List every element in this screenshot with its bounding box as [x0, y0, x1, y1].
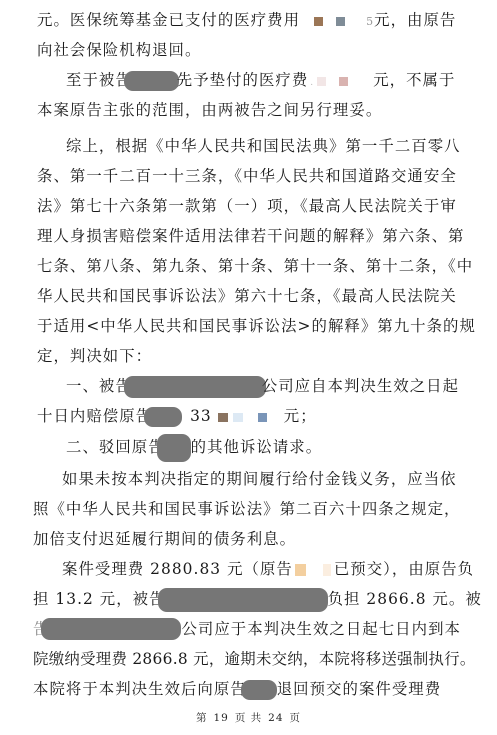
text-segment: 二、驳回原告	[66, 438, 165, 456]
text-segment: 十日内赔偿原告	[37, 407, 152, 425]
text-line: 条、第一千二百一十三条，《中华人民共和国道路交通安全	[37, 164, 453, 188]
text-segment: 担 13.2 元，被告	[33, 590, 166, 608]
text-segment: 本案原告主张的范围，由两被告之间另行理妥。	[37, 101, 382, 119]
text-segment: 条、第一千二百一十三条，《中华人民共和国道路交通安全	[37, 167, 457, 185]
text-line: 于适用<中华人民共和国民事诉讼法>的解释》第九十条的规	[37, 314, 453, 338]
text-segment: 院缴纳受理费 2866.8 元，逾期未交纳，本院将移送强制执行。	[33, 650, 476, 668]
footer-text: 第	[196, 712, 208, 724]
text-segment: 公司应自本判决生效之日起	[262, 377, 459, 395]
redaction-block	[144, 407, 182, 427]
text-line: 加倍支付迟延履行期间的债务利息。	[33, 527, 449, 551]
text-line: 理人身损害赔偿案件适用法律若干问题的解释》第六条、第	[37, 224, 453, 248]
text-segment: 退回预交的案件受理费	[277, 680, 441, 698]
text-segment: 向社会保险机构退回。	[37, 41, 201, 59]
redacted-digit	[317, 77, 326, 86]
text-line: 院缴纳受理费 2866.8 元，逾期未交纳，本院将移送强制执行。	[33, 647, 449, 671]
redaction-block	[41, 618, 181, 640]
text-segment: 元，不属于	[373, 71, 455, 89]
text-segment: 元；	[284, 407, 317, 425]
text-line: 本案原告主张的范围，由两被告之间另行理妥。	[37, 98, 453, 122]
text-segment: 至于被告	[66, 71, 132, 89]
text-segment: 综上，根据《中华人民共和国民法典》第一千二百零八	[66, 137, 461, 155]
text-segment: 的其他诉讼请求。	[191, 438, 323, 456]
text-line: 元。医保统筹基金已支付的医疗费用5元，由原告	[37, 8, 453, 32]
redacted-digit	[258, 413, 267, 422]
amount-fragment: .	[310, 78, 314, 88]
page-footer: 第19页 共24页	[0, 710, 497, 725]
text-segment: 本院将于本判决生效后向原告	[33, 680, 247, 698]
redacted-digit	[295, 564, 306, 576]
text-line: 法》第七十六条第一款第（一）项，《最高人民法院关于审	[37, 194, 453, 218]
redaction-block	[241, 680, 277, 700]
text-segment: 华人民共和国民事诉讼法》第六十七条，《最高人民法院关	[37, 287, 457, 305]
text-segment: 案件受理费 2880.83 元（原告	[62, 560, 293, 578]
redaction-block	[157, 434, 191, 462]
text-line: 华人民共和国民事诉讼法》第六十七条，《最高人民法院关	[37, 284, 453, 308]
text-segment: 公司应于本判决生效之日起七日内到本	[181, 620, 461, 638]
text-line: 定，判决如下：	[37, 344, 453, 368]
redacted-digit	[314, 17, 323, 26]
redaction-block	[124, 376, 266, 398]
text-segment: 定，判决如下：	[37, 347, 152, 365]
text-segment: 照《中华人民共和国民事诉讼法》第二百六十四条之规定，	[33, 500, 460, 518]
redacted-digit	[233, 413, 243, 422]
redaction-block	[158, 588, 328, 612]
text-segment: 一、被告	[66, 377, 132, 395]
amount-fragment: 33	[190, 407, 212, 425]
text-line: 十日内赔偿原告33元；	[37, 404, 453, 428]
amount-fragment: 5	[366, 15, 374, 28]
redacted-digit	[336, 17, 345, 26]
text-line: 如果未按本判决指定的期间履行给付金钱义务，应当依	[62, 467, 478, 491]
text-segment: 加倍支付迟延履行期间的债务利息。	[33, 530, 296, 548]
text-line: 至于被告先予垫付的医疗费.元，不属于	[66, 68, 482, 92]
document-page: 元。医保统筹基金已支付的医疗费用5元，由原告 向社会保险机构退回。 至于被告先予…	[0, 0, 497, 735]
judgment-item-2: 二、驳回原告的其他诉讼请求。	[66, 434, 482, 458]
text-segment: 元，由原告	[374, 11, 456, 29]
redacted-digit	[323, 564, 331, 576]
text-segment: 已预交），由原告负	[334, 560, 474, 578]
text-line: 告公司应于本判决生效之日起七日内到本	[33, 617, 449, 641]
text-line: 综上，根据《中华人民共和国民法典》第一千二百零八	[66, 134, 482, 158]
text-segment: 于适用<中华人民共和国民事诉讼法>的解释》第九十条的规	[37, 317, 476, 335]
page-number: 19	[213, 712, 228, 724]
text-segment: 负担 2866.8 元。被	[328, 590, 482, 608]
footer-text: 页 共	[235, 712, 262, 724]
text-segment: 法》第七十六条第一款第（一）项，《最高人民法院关于审	[37, 197, 457, 215]
text-line: 向社会保险机构退回。	[37, 38, 453, 62]
text-line: 案件受理费 2880.83 元（原告已预交），由原告负	[62, 557, 478, 581]
text-line: 本院将于本判决生效后向原告退回预交的案件受理费	[33, 677, 449, 701]
text-segment: 理人身损害赔偿案件适用法律若干问题的解释》第六条、第	[37, 227, 464, 245]
text-segment: 七条、第八条、第九条、第十条、第十一条、第十二条，《中	[37, 257, 473, 275]
text-line: 七条、第八条、第九条、第十条、第十一条、第十二条，《中	[37, 254, 453, 278]
page-total: 24	[268, 712, 283, 724]
footer-text: 页	[290, 712, 302, 724]
redaction-block	[124, 71, 179, 91]
redacted-digit	[218, 413, 228, 422]
text-segment: 元。医保统筹基金已支付的医疗费用	[37, 11, 300, 29]
text-line: 照《中华人民共和国民事诉讼法》第二百六十四条之规定，	[33, 497, 449, 521]
redacted-digit	[339, 77, 348, 86]
text-segment: 如果未按本判决指定的期间履行给付金钱义务，应当依	[62, 470, 457, 488]
judgment-item-1: 一、被告公司应自本判决生效之日起	[66, 374, 482, 398]
text-segment: 先予垫付的医疗费	[177, 71, 309, 89]
text-line: 担 13.2 元，被告负担 2866.8 元。被	[33, 587, 449, 611]
